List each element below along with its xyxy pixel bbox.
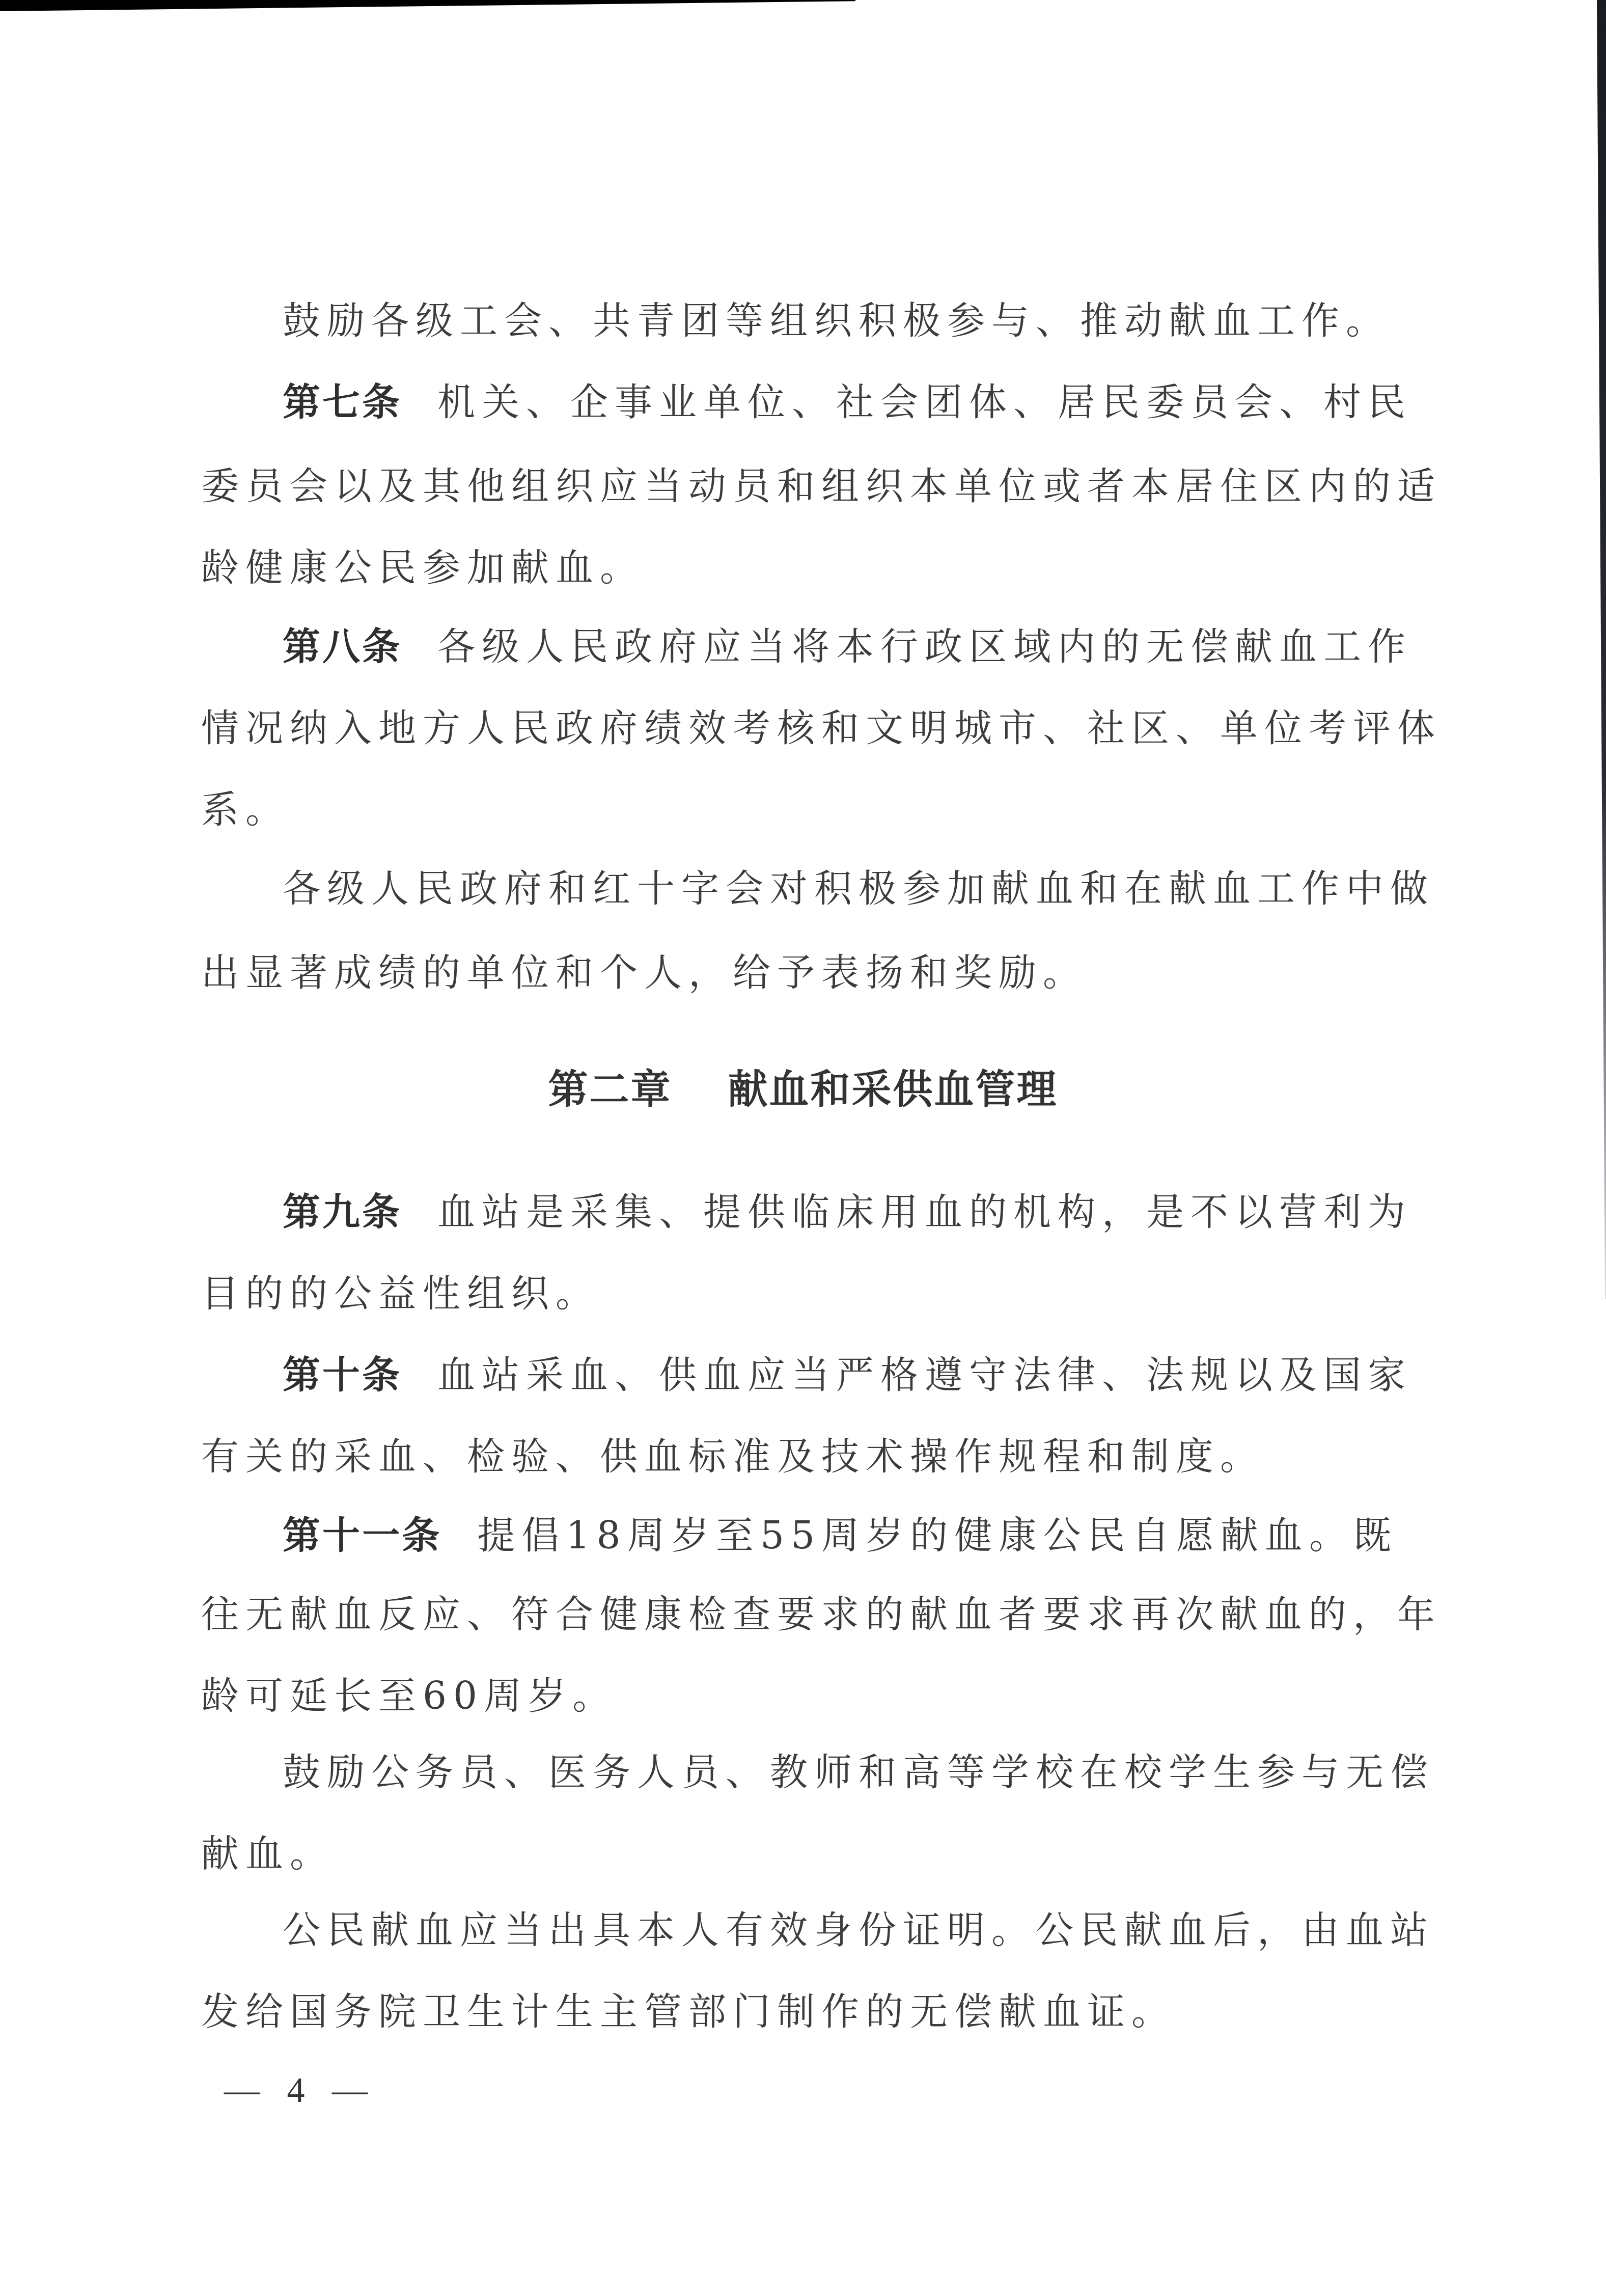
paragraph-text: 鼓励公务员、医务人员、教师和高等学校在校学生参与无偿	[283, 1751, 1434, 1794]
article-label: 第十一条	[283, 1514, 441, 1557]
article-label: 第九条	[283, 1190, 402, 1234]
article-10-line-2: 有关的采血、检验、供血标准及技术操作规程和制度。	[201, 1431, 1398, 1482]
paragraph-text: 情况纳入地方人民政府绩效考核和文明城市、社区、单位考评体	[201, 706, 1442, 750]
paragraph-text: 系。	[201, 788, 290, 832]
paragraph-text: 血站是采集、提供临床用血的机构，是不以营利为	[437, 1190, 1412, 1234]
paragraph-text: 提倡18周岁至55周岁的健康公民自愿献血。既	[477, 1514, 1398, 1557]
article-9-line-2: 目的的公益性组织。	[201, 1268, 1398, 1319]
article-label: 第八条	[283, 625, 402, 669]
article-8-line-2: 情况纳入地方人民政府绩效考核和文明城市、社区、单位考评体	[201, 703, 1398, 754]
article-11-p2-line-1: 鼓励公务员、医务人员、教师和高等学校在校学生参与无偿	[283, 1747, 1398, 1798]
article-11-p3-line-2: 发给国务院卫生计生主管部门制作的无偿献血证。	[201, 1986, 1398, 2037]
article-11-line-1: 第十一条提倡18周岁至55周岁的健康公民自愿献血。既	[283, 1510, 1398, 1561]
paragraph-text: 有关的采血、检验、供血标准及技术操作规程和制度。	[201, 1435, 1264, 1479]
article-8-line-3: 系。	[201, 784, 1398, 835]
paragraph-text: 龄健康公民参加献血。	[201, 546, 644, 590]
article-11-p3-line-1: 公民献血应当出具本人有效身份证明。公民献血后，由血站	[283, 1905, 1398, 1956]
paragraph-text: 往无献血反应、符合健康检查要求的献血者要求再次献血的，年	[201, 1593, 1442, 1636]
article-10-line-1: 第十条血站采血、供血应当严格遵守法律、法规以及国家	[283, 1350, 1398, 1401]
article-7-line-2: 委员会以及其他组织应当动员和组织本单位或者本居住区内的适	[201, 461, 1398, 512]
paragraph-text: 血站采血、供血应当严格遵守法律、法规以及国家	[437, 1353, 1412, 1397]
paragraph-text: 公民献血应当出具本人有效身份证明。公民献血后，由血站	[283, 1908, 1434, 1952]
page-number: — 4 —	[224, 2065, 377, 2116]
article-8-p2-line-2: 出显著成绩的单位和个人，给予表扬和奖励。	[201, 947, 1398, 998]
paragraph-text: 机关、企事业单位、社会团体、居民委员会、村民	[437, 380, 1412, 424]
chapter-title: 献血和采供血管理	[728, 1067, 1058, 1113]
paragraph-text: 各级人民政府应当将本行政区域内的无偿献血工作	[437, 625, 1412, 669]
paragraph-text: 出显著成绩的单位和个人，给予表扬和奖励。	[201, 951, 1087, 995]
paragraph-text: 各级人民政府和红十字会对积极参加献血和在献血工作中做	[283, 867, 1434, 911]
paragraph-text: 委员会以及其他组织应当动员和组织本单位或者本居住区内的适	[201, 464, 1442, 508]
document-page: 鼓励各级工会、共青团等组织积极参与、推动献血工作。 第七条机关、企事业单位、社会…	[0, 0, 1606, 2296]
paragraph-text: 目的的公益性组织。	[201, 1272, 600, 1316]
article-7-line-1: 第七条机关、企事业单位、社会团体、居民委员会、村民	[283, 377, 1398, 428]
article-11-line-2: 往无献血反应、符合健康检查要求的献血者要求再次献血的，年	[201, 1589, 1398, 1640]
article-label: 第七条	[283, 380, 402, 424]
paragraph-text: 鼓励各级工会、共青团等组织积极参与、推动献血工作。	[283, 299, 1390, 343]
article-9-line-1: 第九条血站是采集、提供临床用血的机构，是不以营利为	[283, 1187, 1398, 1238]
paragraph-text: 献血。	[201, 1832, 334, 1876]
article-7-line-3: 龄健康公民参加献血。	[201, 542, 1398, 593]
chapter-number: 第二章	[548, 1067, 672, 1113]
article-8-line-1: 第八条各级人民政府应当将本行政区域内的无偿献血工作	[283, 621, 1398, 672]
paragraph-text: 发给国务院卫生计生主管部门制作的无偿献血证。	[201, 1990, 1176, 2034]
chapter-heading: 第二章献血和采供血管理	[0, 1064, 1606, 1115]
article-11-p2-line-2: 献血。	[201, 1828, 1398, 1879]
paragraph-text: 龄可延长至60周岁。	[201, 1674, 617, 1718]
article-8-p2-line-1: 各级人民政府和红十字会对积极参加献血和在献血工作中做	[283, 863, 1398, 914]
article-11-line-3: 龄可延长至60周岁。	[201, 1671, 1398, 1721]
article-label: 第十条	[283, 1353, 402, 1397]
paragraph-line: 鼓励各级工会、共青团等组织积极参与、推动献血工作。	[283, 295, 1398, 346]
